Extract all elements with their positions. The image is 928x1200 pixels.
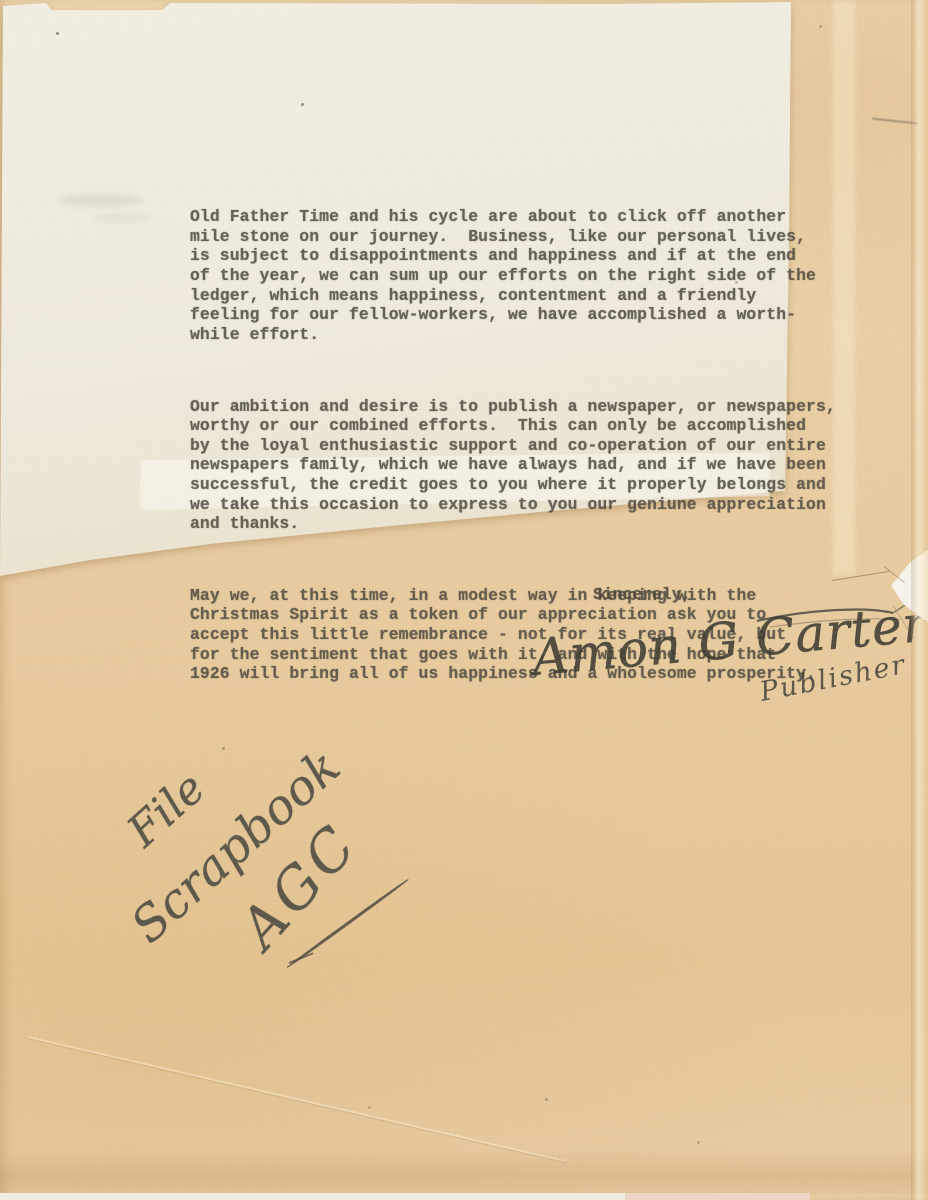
paper-speck: [301, 103, 304, 106]
bottom-page-edge: [0, 1193, 625, 1200]
letter-paragraph-1: Old Father Time and his cycle are about …: [190, 207, 870, 344]
paper-speck: [819, 25, 822, 28]
fold-crease-line: [28, 1036, 566, 1162]
right-page-edge: [911, 0, 928, 1200]
signature-block: Amon G Carter Publisher: [470, 580, 928, 725]
paper-speck: [56, 32, 59, 35]
bottom-page-edge-tint: [625, 1193, 810, 1200]
ink-smudge: [58, 194, 144, 207]
paper-speck: [222, 747, 225, 750]
paper-speck: [697, 1141, 700, 1144]
paper-speck: [545, 1098, 548, 1101]
letter-paragraph-2: Our ambition and desire is to publish a …: [190, 397, 870, 534]
scanned-letter-page: Old Father Time and his cycle are about …: [0, 0, 928, 1200]
paper-speck: [368, 1106, 371, 1109]
annotation-underline-tip: [289, 952, 314, 964]
ink-smudge: [92, 214, 150, 222]
bottom-shadow-band: [0, 1148, 928, 1194]
